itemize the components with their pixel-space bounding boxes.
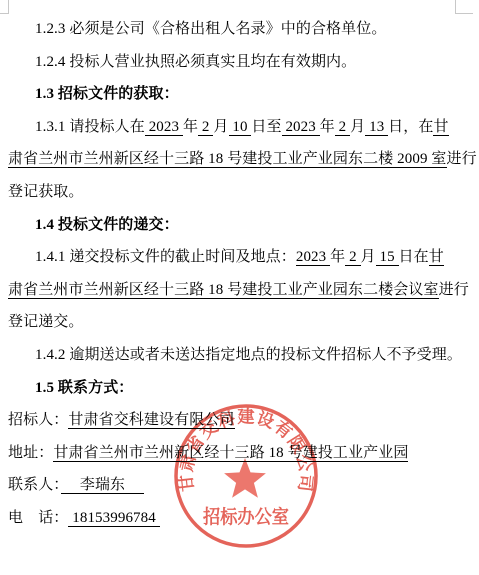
text-line: 地址：甘肃省兰州市兰州新区经十三路 18 号建投工业产业园 bbox=[8, 437, 473, 470]
text-run: 月 bbox=[350, 119, 365, 135]
text-line: 1.4.1 递交投标文件的截止时间及地点：2023 年 2 月 15 日在甘 bbox=[8, 241, 473, 274]
text-line: 1.2.3 必须是公司《合格出租人名录》中的合格单位。 bbox=[8, 13, 473, 46]
text-line: 肃省兰州市兰州新区经十三路 18 号建投工业产业园东二楼会议室进行 bbox=[8, 274, 473, 307]
text-run: 1.3.1 请投标人在 bbox=[35, 119, 145, 135]
text-run: 电 话： bbox=[8, 510, 68, 526]
text-run: 1.3 招标文件的获取： bbox=[35, 86, 179, 102]
crop-mark-top-right bbox=[455, 0, 473, 14]
text-run: 年 bbox=[330, 249, 345, 265]
text-line: 肃省兰州市兰州新区经十三路 18 号建投工业产业园东二楼 2009 室进行 bbox=[8, 143, 473, 176]
text-run: 1.4.1 递交投标文件的截止时间及地点： bbox=[35, 249, 296, 265]
text-line: 1.3.1 请投标人在 2023 年 2 月 10 日至 2023 年 2 月 … bbox=[8, 111, 473, 144]
filled-blank: 2 bbox=[345, 249, 360, 266]
filled-blank: 2 bbox=[198, 119, 213, 136]
filled-blank: 15 bbox=[376, 249, 399, 266]
text-run: 月 bbox=[361, 249, 376, 265]
text-line: 1.4.2 逾期送达或者未送达指定地点的投标文件招标人不予受理。 bbox=[8, 339, 473, 372]
text-run: 1.5 联系方式： bbox=[35, 380, 133, 396]
text-run: 月 bbox=[213, 119, 228, 135]
document-page: { "page": { "crop_mark_color": "#c8c8c8"… bbox=[0, 0, 479, 575]
text-run: 1.4.2 逾期送达或者未送达指定地点的投标文件招标人不予受理。 bbox=[35, 347, 462, 363]
filled-blank: 李瑞东 bbox=[61, 477, 144, 494]
text-run: 1.2.3 必须是公司《合格出租人名录》中的合格单位。 bbox=[35, 21, 386, 37]
text-run: 1.2.4 投标人营业执照必须真实且均在有效期内。 bbox=[35, 54, 356, 70]
heading-line: 1.5 联系方式： bbox=[8, 372, 473, 405]
text-run: 日至 bbox=[251, 119, 281, 135]
crop-mark-top-left bbox=[0, 0, 9, 14]
text-line: 1.2.4 投标人营业执照必须真实且均在有效期内。 bbox=[8, 46, 473, 79]
text-run: 年 bbox=[320, 119, 335, 135]
heading-line: 1.4 投标文件的递交： bbox=[8, 209, 473, 242]
text-run: 联系人： bbox=[8, 477, 61, 493]
filled-blank: 甘 bbox=[433, 119, 448, 136]
text-run: 1.4 投标文件的递交： bbox=[35, 217, 179, 233]
filled-blank: 肃省兰州市兰州新区经十三路 18 号建投工业产业园东二楼会议室 bbox=[8, 282, 439, 299]
text-line: 电 话： 18153996784 bbox=[8, 502, 473, 535]
text-run: 登记获取。 bbox=[8, 184, 84, 200]
text-line: 联系人： 李瑞东 bbox=[8, 469, 473, 502]
text-run: 招标人： bbox=[8, 412, 68, 428]
filled-blank: 2023 bbox=[296, 249, 330, 266]
text-line: 招标人：甘肃省交科建设有限公司 bbox=[8, 404, 473, 437]
filled-blank: 2023 bbox=[145, 119, 183, 136]
text-line: 登记递交。 bbox=[8, 306, 473, 339]
filled-blank: 13 bbox=[365, 119, 388, 136]
filled-blank: 甘肃省兰州市兰州新区经十三路 18 号建投工业产业园 bbox=[53, 445, 408, 462]
text-run: 日在 bbox=[399, 249, 429, 265]
filled-blank: 甘肃省交科建设有限公司 bbox=[68, 412, 234, 429]
text-run: 年 bbox=[183, 119, 198, 135]
filled-blank: 肃省兰州市兰州新区经十三路 18 号建投工业产业园东二楼 2009 室 bbox=[8, 151, 447, 168]
text-run: 登记递交。 bbox=[8, 314, 84, 330]
filled-blank: 甘 bbox=[429, 249, 444, 266]
filled-blank: 18153996784 bbox=[68, 510, 159, 527]
text-run: 日，在 bbox=[388, 119, 433, 135]
filled-blank: 2023 bbox=[282, 119, 320, 136]
text-run: 进行 bbox=[439, 282, 469, 298]
filled-blank: 10 bbox=[229, 119, 252, 136]
filled-blank: 2 bbox=[335, 119, 350, 136]
text-line: 登记获取。 bbox=[8, 176, 473, 209]
document-body: 1.2.3 必须是公司《合格出租人名录》中的合格单位。1.2.4 投标人营业执照… bbox=[8, 13, 473, 535]
text-run: 进行 bbox=[447, 151, 477, 167]
heading-line: 1.3 招标文件的获取： bbox=[8, 78, 473, 111]
text-run: 地址： bbox=[8, 445, 53, 461]
